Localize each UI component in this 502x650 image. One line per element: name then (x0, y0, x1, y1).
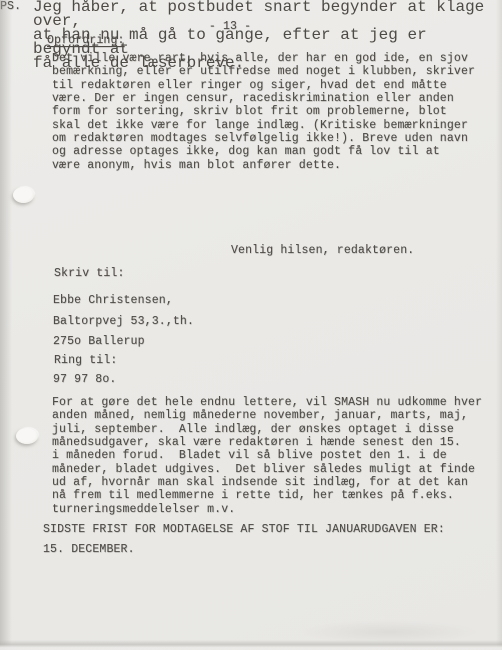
punch-hole-bottom (16, 428, 38, 444)
paper-bottom-edge (0, 640, 502, 650)
contact-city: 275o Ballerup (53, 335, 145, 348)
signoff: Venlig hilsen, redaktøren. (231, 244, 414, 257)
scanned-document-page: - 13 - Opfordring: Det ville være rart, … (0, 0, 502, 650)
contact-phone: 97 97 8o. (53, 373, 116, 386)
text-line: til redaktøren eller ringer og siger, hv… (52, 79, 475, 92)
deadline-heading: SIDSTE FRIST FOR MODTAGELSE AF STOF TIL … (43, 523, 445, 536)
text-line: ud af, hvornår man skal indsende sit ind… (52, 476, 482, 489)
text-line: i måneden forud. Bladet vil så blive pos… (52, 449, 482, 462)
text-line: om redaktøren modtages selvfølgelig ikke… (52, 132, 475, 145)
text-line: månedsudgaver, skal være redaktøren i hæ… (52, 436, 482, 449)
page-number: - 13 - (0, 20, 460, 33)
punch-hole-top (13, 187, 34, 203)
section-heading: Opfordring: (47, 34, 125, 47)
text-line: måneder, bladet udgives. Det bliver såle… (52, 463, 482, 476)
contact-name: Ebbe Christensen, (53, 294, 173, 307)
text-line: skal det ikke være for lange indlæg. (Kr… (52, 119, 475, 132)
text-line: turneringsmeddelelser m.v. (52, 503, 482, 516)
text-line: juli, september. Alle indlæg, der ønskes… (52, 423, 482, 436)
contact-write-label: Skriv til: (54, 267, 125, 280)
text-line: Det ville være rart, hvis alle, der har … (52, 52, 475, 65)
text-line: og adresse optages ikke, dog kan man god… (52, 145, 475, 158)
scan-smudge (300, 620, 480, 644)
text-line: være. Der er ingen censur, racediskrimin… (52, 92, 475, 105)
text-line: For at gøre det hele endnu lettere, vil … (52, 396, 482, 409)
contact-street: Baltorpvej 53,3.,th. (53, 315, 194, 328)
schedule-paragraph: For at gøre det hele endnu lettere, vil … (52, 396, 482, 516)
opening-paragraph: Det ville være rart, hvis alle, der har … (52, 52, 475, 172)
text-line: bemærkning, eller er utilfredse med noge… (52, 65, 475, 78)
text-line: anden måned, nemlig månederne november, … (52, 409, 482, 422)
contact-ring-label: Ring til: (54, 354, 117, 367)
deadline-date: 15. DECEMBER. (43, 543, 135, 556)
scan-edge-shadow-left (0, 0, 12, 650)
text-line: form for sortering, skriv blot frit om p… (52, 105, 475, 118)
scan-edge-shadow-right (496, 0, 502, 650)
ps-label: PS. (0, 0, 33, 70)
text-line: nå frem til medlemmerne i rette tid, her… (52, 489, 482, 502)
text-line: være anonym, hvis man blot anfører dette… (52, 159, 475, 172)
